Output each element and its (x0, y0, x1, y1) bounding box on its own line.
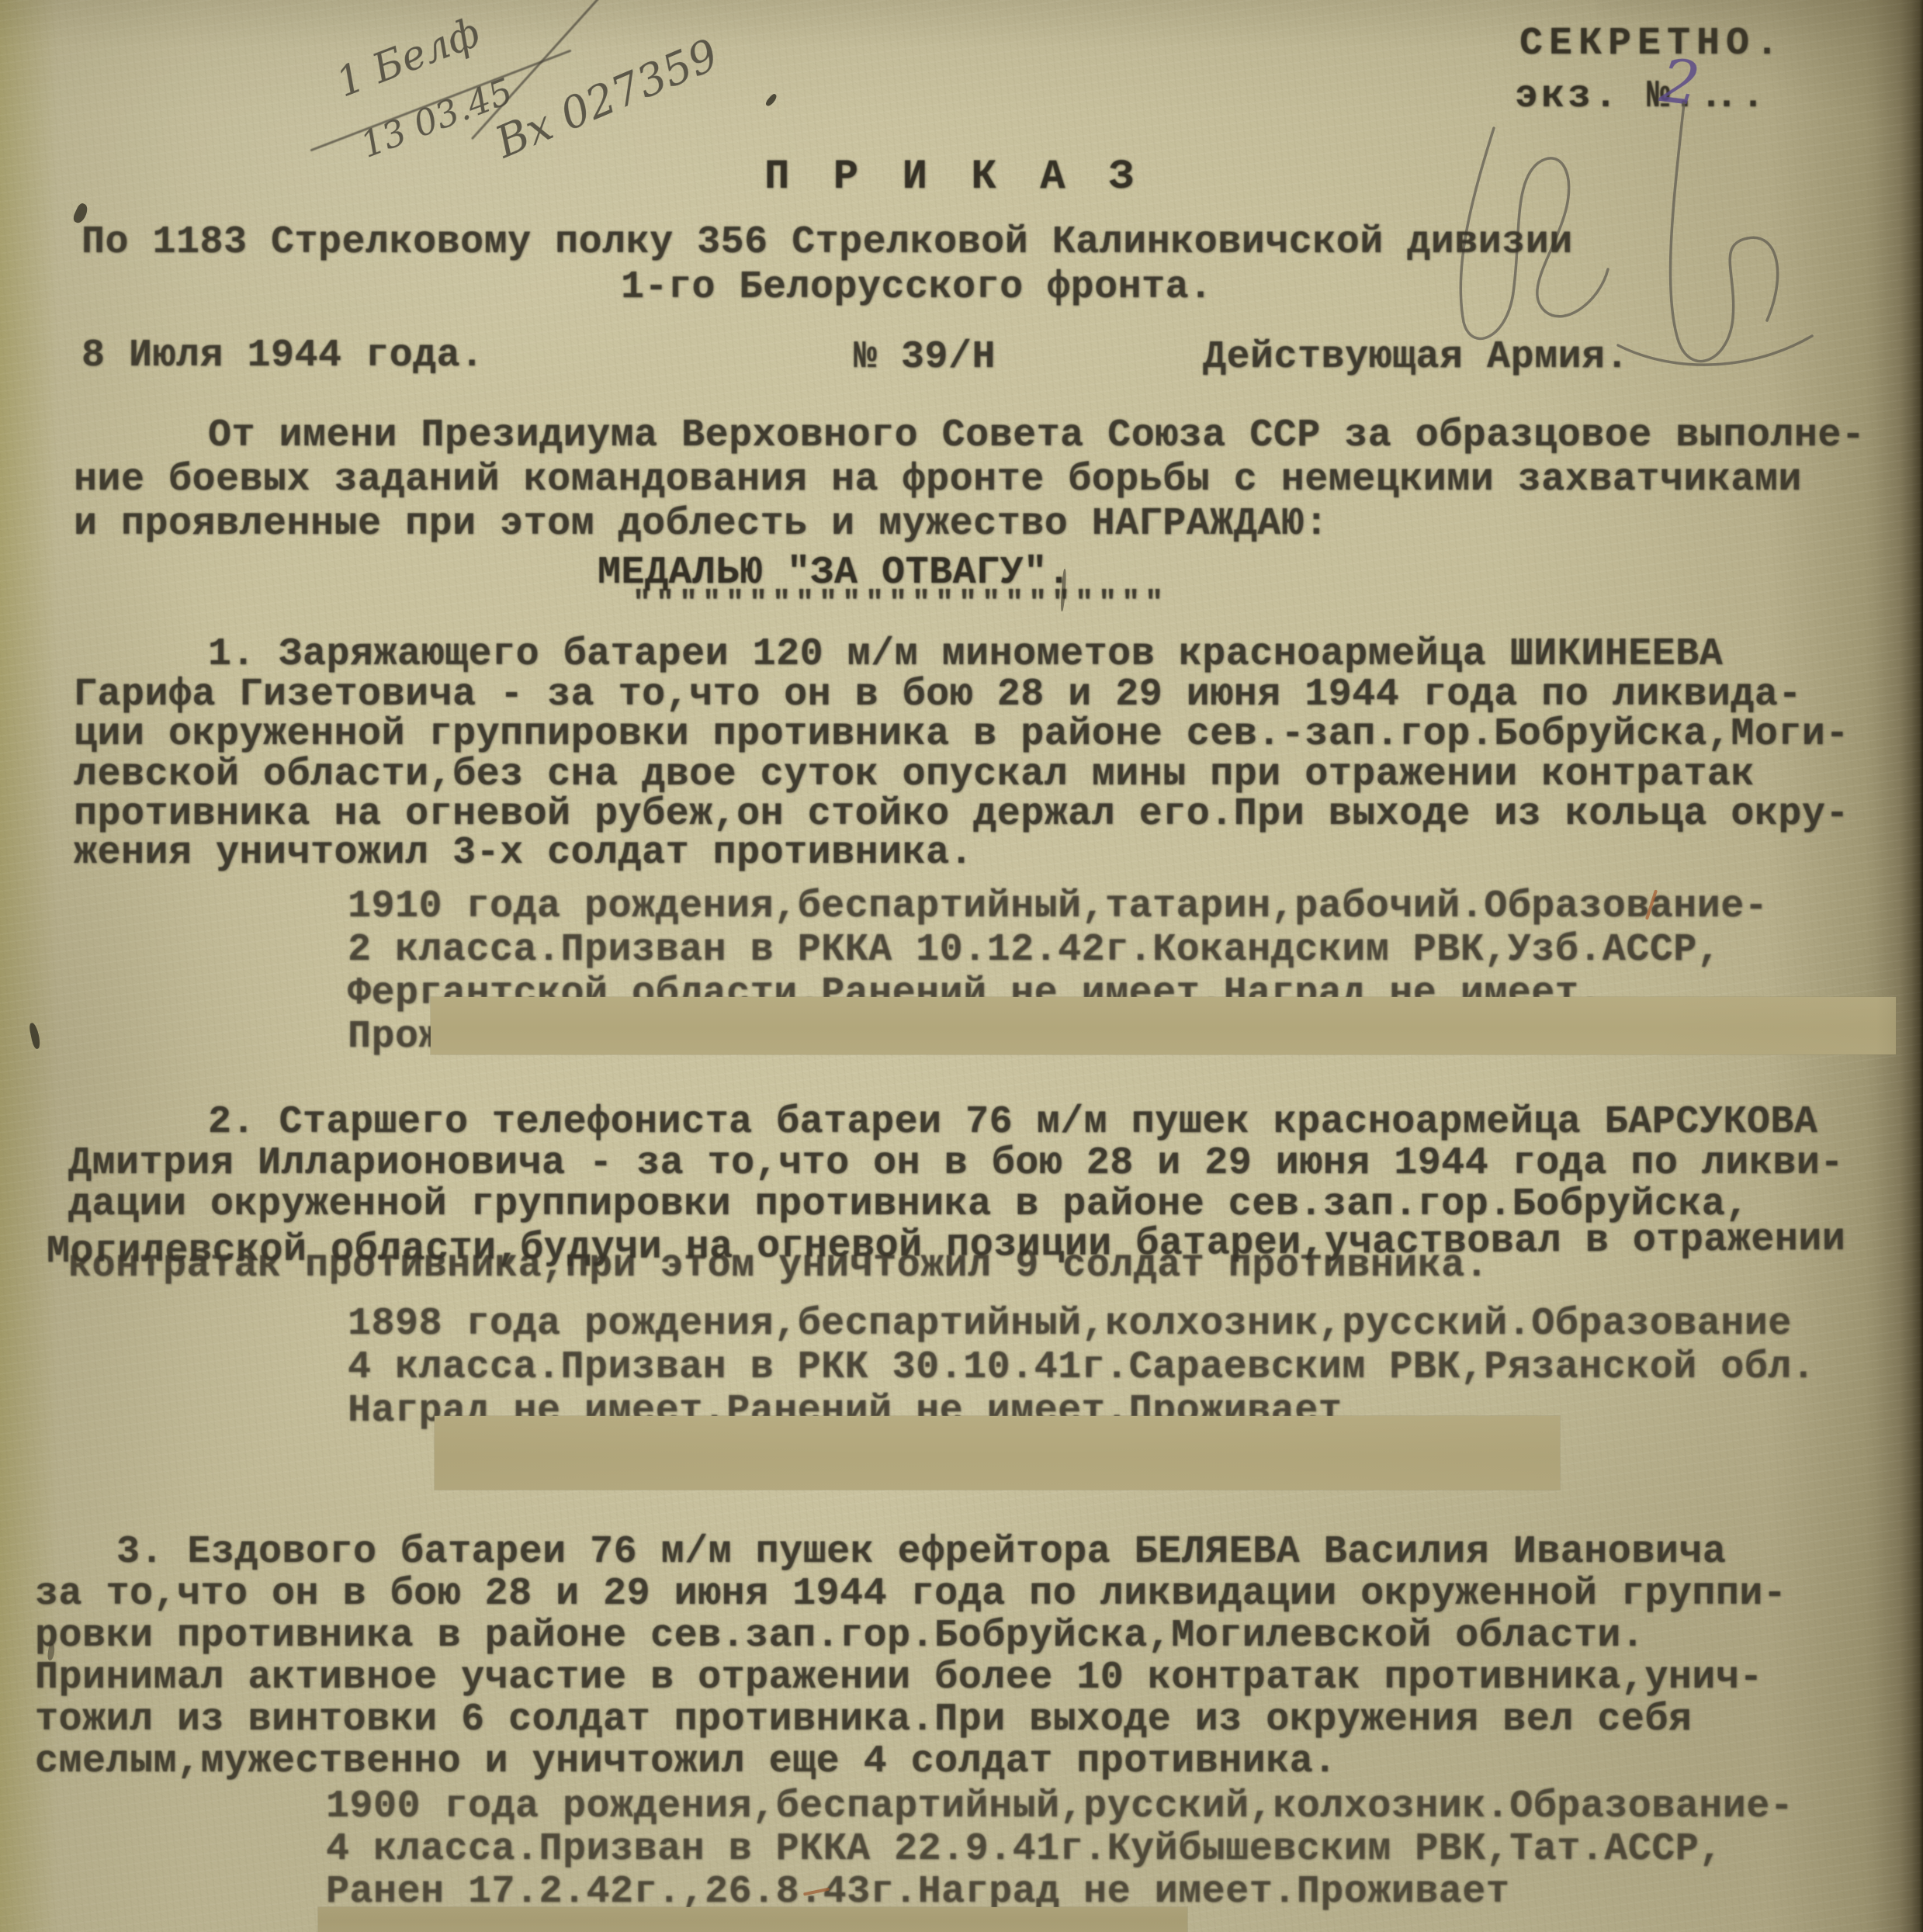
preamble-line: ние боевых заданий командования на фронт… (74, 458, 1802, 502)
redaction-box (431, 997, 1896, 1054)
entry-line: смелым,мужественно и уничтожил еще 4 сол… (35, 1740, 1337, 1784)
order-number: № 39/Н (854, 335, 996, 379)
redaction-box (318, 1907, 1187, 1932)
bio-line: 4 класса.Призван в РККА 22.9.41г.Куйбыше… (326, 1827, 1723, 1871)
entry-line: за то,что он в бою 28 и 29 июня 1944 год… (35, 1572, 1786, 1616)
order-subtitle-line2: 1-го Белорусского фронта. (621, 265, 1213, 310)
bio-line: 1900 года рождения,беспартийный,русский,… (326, 1785, 1793, 1829)
bio-line: 1898 года рождения,беспартийный,колхозни… (348, 1302, 1792, 1346)
redaction-box (435, 1416, 1560, 1490)
order-date: 8 Июля 1944 года. (81, 334, 484, 378)
page-corner-fold (1597, 0, 1923, 124)
order-subtitle-line1: По 1183 Стрелковому полку 356 Стрелковой… (81, 220, 1573, 265)
entry-line: Дмитрия Илларионовича - за то,что он в б… (68, 1141, 1844, 1186)
order-title: П Р И К А З (764, 154, 1143, 201)
incoming-stamp-number: Вх 027359 (488, 29, 726, 168)
entry-line: 3. Ездового батареи 76 м/м пушек ефрейто… (116, 1530, 1726, 1574)
order-document-page: 1 Белф 13 03.45 Вх 027359 СЕКРЕТНО. экз.… (0, 0, 1923, 1932)
order-location: Действующая Армия. (1203, 335, 1629, 379)
entry-line: левской области,без сна двое суток опуск… (74, 753, 1755, 797)
paper-speck (29, 1022, 42, 1049)
preamble-line: От имени Президиума Верховного Совета Со… (208, 414, 1865, 458)
entry-line: 2. Старшего телефониста батареи 76 м/м п… (208, 1100, 1817, 1144)
entry-line-overstrike: контратак противника,при этом уничтожил … (68, 1244, 1488, 1288)
preamble-line: и проявленные при этом доблесть и мужест… (74, 502, 1329, 546)
bio-line: 1910 года рождения,беспартийный,татарин,… (348, 885, 1768, 929)
entry-line: ции окруженной группировки противника в … (74, 712, 1849, 757)
bio-line: 2 класса.Призван в РККА 10.12.42г.Коканд… (348, 928, 1720, 972)
page-edge-shadow (1876, 0, 1923, 1932)
entry-line: Гарифа Гизетовича - за то,что он в бою 2… (74, 673, 1802, 717)
entry-line: Принимал активное участие в отражении бо… (35, 1656, 1763, 1700)
paper-speck (764, 93, 778, 108)
award-heading-underline: """"""""""""""""""""""" (632, 587, 1168, 621)
entry-line: тожил из винтовки 6 солдат противника.Пр… (35, 1698, 1692, 1742)
entry-line: ровки противника в районе сев.зап.гор.Бо… (35, 1614, 1644, 1658)
entry-line: жения уничтожил 3-х солдат противника. (74, 831, 973, 875)
entry-line: 1. Заряжающего батареи 120 м/м минометов… (208, 632, 1723, 677)
bio-line: 4 класса.Призван в РКК 30.10.41г.Сараевс… (348, 1345, 1815, 1390)
entry-line: противника на огневой рубеж,он стойко де… (74, 792, 1849, 836)
